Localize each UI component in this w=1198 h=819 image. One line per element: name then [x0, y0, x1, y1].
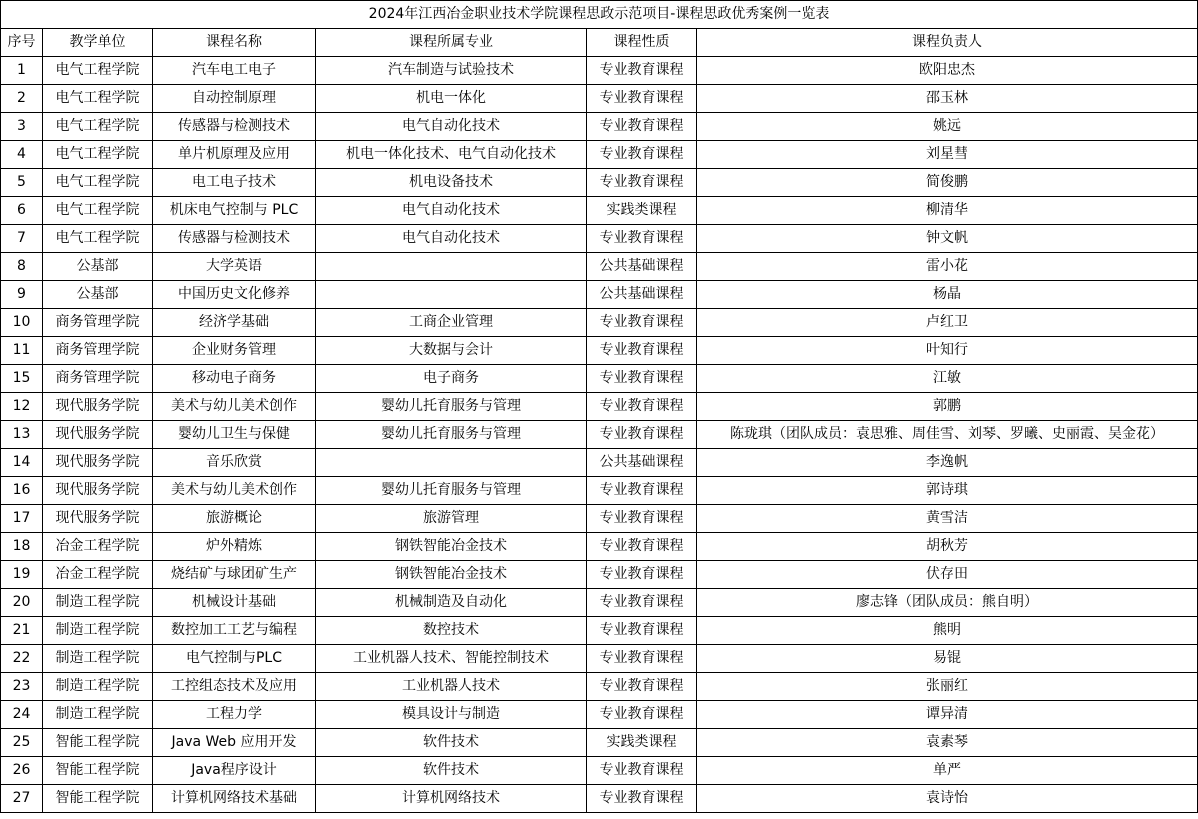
cell-no[interactable]: 11 — [1, 337, 43, 365]
cell-leader[interactable]: 叶知行 — [697, 337, 1198, 365]
cell-type[interactable]: 专业教育课程 — [587, 85, 697, 113]
cell-major[interactable]: 数控技术 — [316, 617, 587, 645]
cell-unit[interactable]: 冶金工程学院 — [43, 561, 153, 589]
header-unit: 教学单位 — [43, 29, 153, 57]
sheet-title: 2024年江西冶金职业技术学院课程思政示范项目-课程思政优秀案例一览表 — [1, 1, 1198, 29]
cell-leader[interactable]: 刘星彗 — [697, 141, 1198, 169]
cell-unit[interactable]: 公基部 — [43, 253, 153, 281]
cell-major[interactable]: 大数据与会计 — [316, 337, 587, 365]
cell-type[interactable]: 专业教育课程 — [587, 57, 697, 85]
cell-type[interactable]: 专业教育课程 — [587, 309, 697, 337]
cell-unit[interactable]: 商务管理学院 — [43, 337, 153, 365]
cell-leader[interactable]: 姚远 — [697, 113, 1198, 141]
cell-type[interactable]: 专业教育课程 — [587, 645, 697, 673]
cell-course[interactable]: 烧结矿与球团矿生产 — [153, 561, 316, 589]
table-row: 27智能工程学院计算机网络技术基础计算机网络技术专业教育课程袁诗怡 — [1, 785, 1198, 813]
cell-leader[interactable]: 胡秋芳 — [697, 533, 1198, 561]
cell-type[interactable]: 实践类课程 — [587, 197, 697, 225]
cell-unit[interactable]: 电气工程学院 — [43, 169, 153, 197]
cell-no[interactable]: 25 — [1, 729, 43, 757]
cell-leader[interactable]: 柳清华 — [697, 197, 1198, 225]
cell-no[interactable]: 14 — [1, 449, 43, 477]
cell-unit[interactable]: 现代服务学院 — [43, 505, 153, 533]
cell-course[interactable]: 单片机原理及应用 — [153, 141, 316, 169]
table-row: 12现代服务学院美术与幼儿美术创作婴幼儿托育服务与管理专业教育课程郭鹏 — [1, 393, 1198, 421]
cell-no[interactable]: 1 — [1, 57, 43, 85]
cell-unit[interactable]: 制造工程学院 — [43, 701, 153, 729]
cell-no[interactable]: 8 — [1, 253, 43, 281]
table-row: 17现代服务学院旅游概论旅游管理专业教育课程黄雪洁 — [1, 505, 1198, 533]
header-major: 课程所属专业 — [316, 29, 587, 57]
cell-course[interactable]: 中国历史文化修养 — [153, 281, 316, 309]
cell-course[interactable]: 机床电气控制与 PLC — [153, 197, 316, 225]
cell-no[interactable]: 4 — [1, 141, 43, 169]
cell-no[interactable]: 17 — [1, 505, 43, 533]
cell-type[interactable]: 专业教育课程 — [587, 785, 697, 813]
cell-type[interactable]: 专业教育课程 — [587, 365, 697, 393]
cell-leader[interactable]: 张丽红 — [697, 673, 1198, 701]
cell-leader[interactable]: 江敏 — [697, 365, 1198, 393]
cell-major[interactable]: 模具设计与制造 — [316, 701, 587, 729]
cell-unit[interactable]: 智能工程学院 — [43, 785, 153, 813]
cell-type[interactable]: 公共基础课程 — [587, 449, 697, 477]
cell-no[interactable]: 15 — [1, 365, 43, 393]
cell-unit[interactable]: 智能工程学院 — [43, 757, 153, 785]
cell-course[interactable]: 传感器与检测技术 — [153, 113, 316, 141]
cell-type[interactable]: 专业教育课程 — [587, 505, 697, 533]
table-row: 25智能工程学院Java Web 应用开发软件技术实践类课程袁素琴 — [1, 729, 1198, 757]
table-row: 26智能工程学院Java程序设计软件技术专业教育课程单严 — [1, 757, 1198, 785]
cell-major[interactable] — [316, 449, 587, 477]
cell-course[interactable]: 美术与幼儿美术创作 — [153, 393, 316, 421]
table-row: 24制造工程学院工程力学模具设计与制造专业教育课程谭异清 — [1, 701, 1198, 729]
cell-type[interactable]: 专业教育课程 — [587, 477, 697, 505]
cell-course[interactable]: 传感器与检测技术 — [153, 225, 316, 253]
cell-unit[interactable]: 制造工程学院 — [43, 673, 153, 701]
cell-no[interactable]: 2 — [1, 85, 43, 113]
cell-leader[interactable]: 袁诗怡 — [697, 785, 1198, 813]
cell-major[interactable]: 工业机器人技术 — [316, 673, 587, 701]
cell-unit[interactable]: 公基部 — [43, 281, 153, 309]
cell-major[interactable]: 机电一体化 — [316, 85, 587, 113]
cell-no[interactable]: 6 — [1, 197, 43, 225]
cell-major[interactable]: 电气自动化技术 — [316, 113, 587, 141]
table-row: 15商务管理学院移动电子商务电子商务专业教育课程江敏 — [1, 365, 1198, 393]
cell-leader[interactable]: 钟文帆 — [697, 225, 1198, 253]
cell-major[interactable]: 旅游管理 — [316, 505, 587, 533]
cell-leader[interactable]: 卢红卫 — [697, 309, 1198, 337]
cell-no[interactable]: 12 — [1, 393, 43, 421]
cell-unit[interactable]: 冶金工程学院 — [43, 533, 153, 561]
cell-type[interactable]: 公共基础课程 — [587, 253, 697, 281]
cell-course[interactable]: 音乐欣赏 — [153, 449, 316, 477]
cell-major[interactable]: 计算机网络技术 — [316, 785, 587, 813]
cell-type[interactable]: 专业教育课程 — [587, 561, 697, 589]
cell-major[interactable]: 机电设备技术 — [316, 169, 587, 197]
cell-course[interactable]: 自动控制原理 — [153, 85, 316, 113]
cell-course[interactable]: 工程力学 — [153, 701, 316, 729]
table-row: 23制造工程学院工控组态技术及应用工业机器人技术专业教育课程张丽红 — [1, 673, 1198, 701]
cell-no[interactable]: 26 — [1, 757, 43, 785]
cell-type[interactable]: 专业教育课程 — [587, 337, 697, 365]
cell-no[interactable]: 27 — [1, 785, 43, 813]
cell-unit[interactable]: 现代服务学院 — [43, 393, 153, 421]
cell-no[interactable]: 7 — [1, 225, 43, 253]
cell-unit[interactable]: 电气工程学院 — [43, 225, 153, 253]
cell-major[interactable]: 工商企业管理 — [316, 309, 587, 337]
cell-leader[interactable]: 谭异清 — [697, 701, 1198, 729]
header-type: 课程性质 — [587, 29, 697, 57]
cell-unit[interactable]: 电气工程学院 — [43, 113, 153, 141]
cell-unit[interactable]: 电气工程学院 — [43, 141, 153, 169]
cell-type[interactable]: 专业教育课程 — [587, 757, 697, 785]
cell-leader[interactable]: 欧阳忠杰 — [697, 57, 1198, 85]
cell-unit[interactable]: 制造工程学院 — [43, 589, 153, 617]
cell-no[interactable]: 16 — [1, 477, 43, 505]
table-row: 6电气工程学院机床电气控制与 PLC电气自动化技术实践类课程柳清华 — [1, 197, 1198, 225]
header-row: 序号 教学单位 课程名称 课程所属专业 课程性质 课程负责人 — [1, 29, 1198, 57]
cell-type[interactable]: 专业教育课程 — [587, 533, 697, 561]
cell-no[interactable]: 18 — [1, 533, 43, 561]
cell-course[interactable]: Java Web 应用开发 — [153, 729, 316, 757]
cell-course[interactable]: 汽车电工电子 — [153, 57, 316, 85]
cell-unit[interactable]: 制造工程学院 — [43, 645, 153, 673]
cell-no[interactable]: 3 — [1, 113, 43, 141]
header-leader: 课程负责人 — [697, 29, 1198, 57]
table-row: 11商务管理学院企业财务管理大数据与会计专业教育课程叶知行 — [1, 337, 1198, 365]
cell-major[interactable] — [316, 253, 587, 281]
cell-course[interactable]: 婴幼儿卫生与保健 — [153, 421, 316, 449]
cell-type[interactable]: 实践类课程 — [587, 729, 697, 757]
cell-major[interactable]: 汽车制造与试验技术 — [316, 57, 587, 85]
cell-unit[interactable]: 现代服务学院 — [43, 421, 153, 449]
cell-unit[interactable]: 商务管理学院 — [43, 365, 153, 393]
cell-major[interactable]: 婴幼儿托育服务与管理 — [316, 393, 587, 421]
table-row: 8公基部大学英语公共基础课程雷小花 — [1, 253, 1198, 281]
cell-type[interactable]: 专业教育课程 — [587, 225, 697, 253]
cell-type[interactable]: 公共基础课程 — [587, 281, 697, 309]
cell-leader[interactable]: 熊明 — [697, 617, 1198, 645]
cell-no[interactable]: 22 — [1, 645, 43, 673]
cell-unit[interactable]: 制造工程学院 — [43, 617, 153, 645]
cell-unit[interactable]: 电气工程学院 — [43, 57, 153, 85]
cell-type[interactable]: 专业教育课程 — [587, 617, 697, 645]
cell-major[interactable]: 钢铁智能冶金技术 — [316, 561, 587, 589]
cell-leader[interactable]: 杨晶 — [697, 281, 1198, 309]
table-row: 2电气工程学院自动控制原理机电一体化专业教育课程邵玉林 — [1, 85, 1198, 113]
cell-leader[interactable]: 伏存田 — [697, 561, 1198, 589]
cell-leader[interactable]: 简俊鹏 — [697, 169, 1198, 197]
cell-unit[interactable]: 商务管理学院 — [43, 309, 153, 337]
cell-no[interactable]: 24 — [1, 701, 43, 729]
cell-type[interactable]: 专业教育课程 — [587, 169, 697, 197]
cell-leader[interactable]: 单严 — [697, 757, 1198, 785]
cell-major[interactable] — [316, 281, 587, 309]
cell-leader[interactable]: 黄雪洁 — [697, 505, 1198, 533]
cell-course[interactable]: 数控加工工艺与编程 — [153, 617, 316, 645]
cell-no[interactable]: 10 — [1, 309, 43, 337]
cell-major[interactable]: 钢铁智能冶金技术 — [316, 533, 587, 561]
table-row: 9公基部中国历史文化修养公共基础课程杨晶 — [1, 281, 1198, 309]
header-no: 序号 — [1, 29, 43, 57]
cell-leader[interactable]: 雷小花 — [697, 253, 1198, 281]
cell-major[interactable]: 工业机器人技术、智能控制技术 — [316, 645, 587, 673]
table-row: 13现代服务学院婴幼儿卫生与保健婴幼儿托育服务与管理专业教育课程陈珑琪（团队成员… — [1, 421, 1198, 449]
cell-major[interactable]: 电气自动化技术 — [316, 225, 587, 253]
cell-leader[interactable]: 李逸帆 — [697, 449, 1198, 477]
cell-type[interactable]: 专业教育课程 — [587, 589, 697, 617]
cell-course[interactable]: 美术与幼儿美术创作 — [153, 477, 316, 505]
cell-major[interactable]: 软件技术 — [316, 729, 587, 757]
table-row: 7电气工程学院传感器与检测技术电气自动化技术专业教育课程钟文帆 — [1, 225, 1198, 253]
cell-course[interactable]: 工控组态技术及应用 — [153, 673, 316, 701]
cell-type[interactable]: 专业教育课程 — [587, 113, 697, 141]
table-row: 1电气工程学院汽车电工电子汽车制造与试验技术专业教育课程欧阳忠杰 — [1, 57, 1198, 85]
cell-unit[interactable]: 电气工程学院 — [43, 197, 153, 225]
cell-course[interactable]: 机械设计基础 — [153, 589, 316, 617]
cell-leader[interactable]: 廖志锋（团队成员：熊自明） — [697, 589, 1198, 617]
cell-course[interactable]: 企业财务管理 — [153, 337, 316, 365]
cell-no[interactable]: 9 — [1, 281, 43, 309]
table-row: 21制造工程学院数控加工工艺与编程数控技术专业教育课程熊明 — [1, 617, 1198, 645]
cell-no[interactable]: 20 — [1, 589, 43, 617]
cell-leader[interactable]: 郭鹏 — [697, 393, 1198, 421]
cell-course[interactable]: 计算机网络技术基础 — [153, 785, 316, 813]
header-course: 课程名称 — [153, 29, 316, 57]
cell-unit[interactable]: 现代服务学院 — [43, 449, 153, 477]
cell-major[interactable]: 软件技术 — [316, 757, 587, 785]
table-row: 22制造工程学院电气控制与PLC工业机器人技术、智能控制技术专业教育课程易锟 — [1, 645, 1198, 673]
cell-unit[interactable]: 现代服务学院 — [43, 477, 153, 505]
table-row: 20制造工程学院机械设计基础机械制造及自动化专业教育课程廖志锋（团队成员：熊自明… — [1, 589, 1198, 617]
table-row: 10商务管理学院经济学基础工商企业管理专业教育课程卢红卫 — [1, 309, 1198, 337]
cell-leader[interactable]: 陈珑琪（团队成员：袁思雅、周佳雪、刘琴、罗曦、史丽霞、吴金花） — [697, 421, 1198, 449]
cell-major[interactable]: 电气自动化技术 — [316, 197, 587, 225]
table-row: 3电气工程学院传感器与检测技术电气自动化技术专业教育课程姚远 — [1, 113, 1198, 141]
cell-type[interactable]: 专业教育课程 — [587, 673, 697, 701]
table-row: 16现代服务学院美术与幼儿美术创作婴幼儿托育服务与管理专业教育课程郭诗琪 — [1, 477, 1198, 505]
cell-no[interactable]: 19 — [1, 561, 43, 589]
cell-unit[interactable]: 智能工程学院 — [43, 729, 153, 757]
table-row: 19冶金工程学院烧结矿与球团矿生产钢铁智能冶金技术专业教育课程伏存田 — [1, 561, 1198, 589]
cell-type[interactable]: 专业教育课程 — [587, 141, 697, 169]
cell-type[interactable]: 专业教育课程 — [587, 393, 697, 421]
cell-leader[interactable]: 邵玉林 — [697, 85, 1198, 113]
cell-type[interactable]: 专业教育课程 — [587, 421, 697, 449]
cell-major[interactable]: 机械制造及自动化 — [316, 589, 587, 617]
cell-no[interactable]: 23 — [1, 673, 43, 701]
cell-unit[interactable]: 电气工程学院 — [43, 85, 153, 113]
cell-course[interactable]: 电气控制与PLC — [153, 645, 316, 673]
table-row: 14现代服务学院音乐欣赏公共基础课程李逸帆 — [1, 449, 1198, 477]
cell-course[interactable]: 经济学基础 — [153, 309, 316, 337]
cell-course[interactable]: 旅游概论 — [153, 505, 316, 533]
cell-course[interactable]: 电工电子技术 — [153, 169, 316, 197]
table-row: 18冶金工程学院炉外精炼钢铁智能冶金技术专业教育课程胡秋芳 — [1, 533, 1198, 561]
cell-major[interactable]: 机电一体化技术、电气自动化技术 — [316, 141, 587, 169]
cell-no[interactable]: 5 — [1, 169, 43, 197]
cell-course[interactable]: 移动电子商务 — [153, 365, 316, 393]
table-row: 5电气工程学院电工电子技术机电设备技术专业教育课程简俊鹏 — [1, 169, 1198, 197]
cell-no[interactable]: 13 — [1, 421, 43, 449]
cell-no[interactable]: 21 — [1, 617, 43, 645]
cell-leader[interactable]: 袁素琴 — [697, 729, 1198, 757]
cell-course[interactable]: 炉外精炼 — [153, 533, 316, 561]
cell-leader[interactable]: 郭诗琪 — [697, 477, 1198, 505]
table-row: 4电气工程学院单片机原理及应用机电一体化技术、电气自动化技术专业教育课程刘星彗 — [1, 141, 1198, 169]
cell-major[interactable]: 婴幼儿托育服务与管理 — [316, 477, 587, 505]
cell-leader[interactable]: 易锟 — [697, 645, 1198, 673]
course-table: 2024年江西冶金职业技术学院课程思政示范项目-课程思政优秀案例一览表 序号 教… — [0, 0, 1198, 813]
cell-major[interactable]: 电子商务 — [316, 365, 587, 393]
title-row: 2024年江西冶金职业技术学院课程思政示范项目-课程思政优秀案例一览表 — [1, 1, 1198, 29]
cell-type[interactable]: 专业教育课程 — [587, 701, 697, 729]
cell-course[interactable]: 大学英语 — [153, 253, 316, 281]
cell-course[interactable]: Java程序设计 — [153, 757, 316, 785]
cell-major[interactable]: 婴幼儿托育服务与管理 — [316, 421, 587, 449]
